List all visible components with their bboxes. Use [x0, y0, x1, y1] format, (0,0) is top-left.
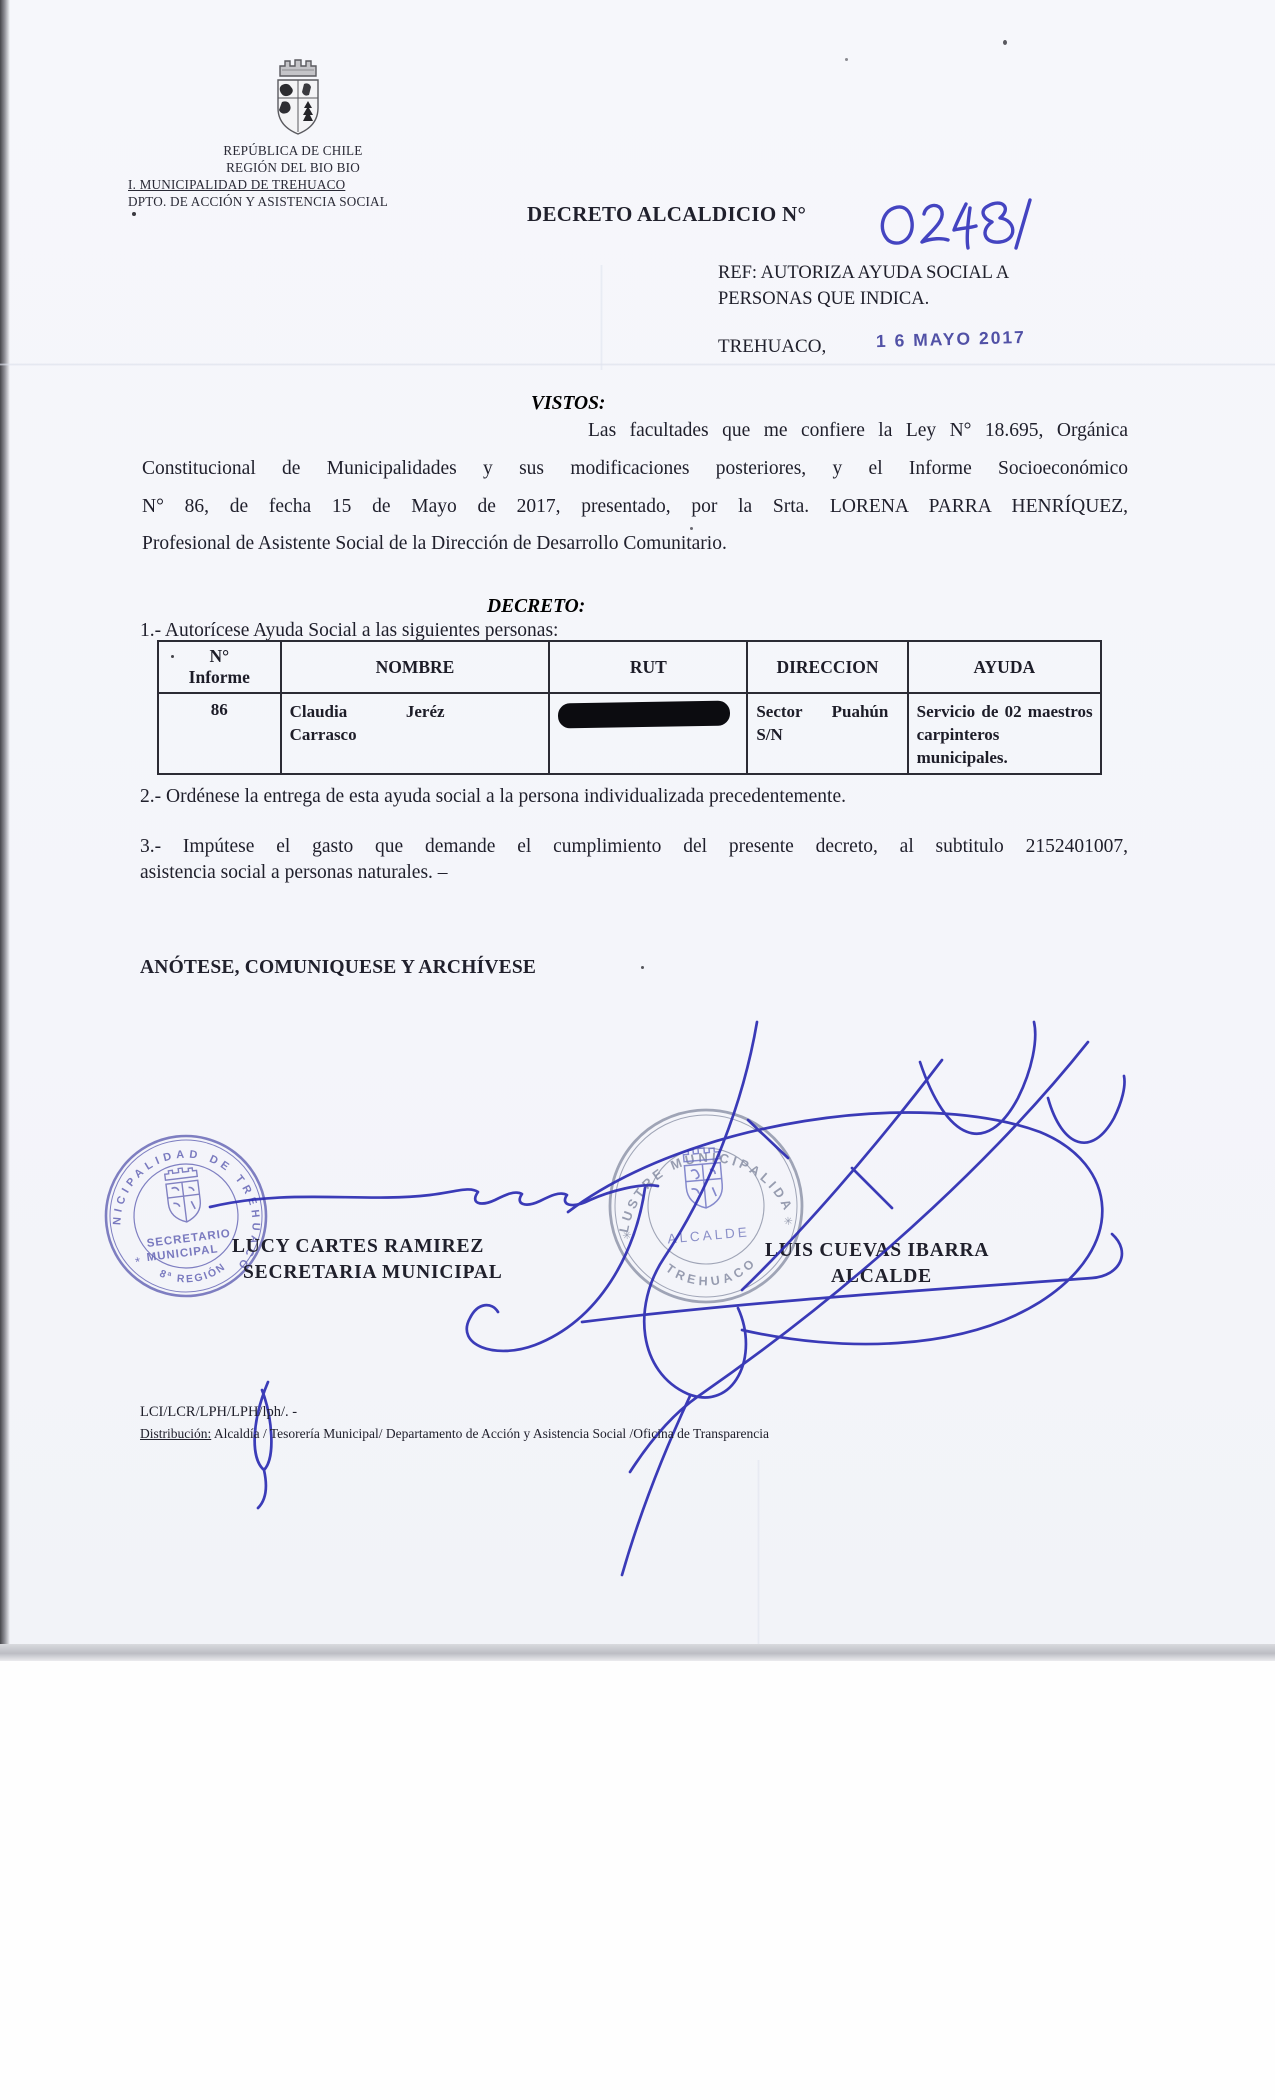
cell-ayuda: Servicio de 02 maestros carpinteros muni… [908, 693, 1101, 774]
reference-block: REF: AUTORIZA AYUDA SOCIAL A PERSONAS QU… [718, 260, 1009, 312]
scan-speck [690, 527, 693, 530]
aid-table: N° Informe NOMBRE RUT DIRECCION AYUDA 86… [157, 640, 1102, 775]
page-bottom-edge [0, 1644, 1275, 1661]
place-line: TREHUACO, [718, 336, 826, 358]
letterhead-department: DPTO. DE ACCIÓN Y ASISTENCIA SOCIAL [128, 193, 458, 210]
closing-formula: ANÓTESE, COMUNIQUESE Y ARCHÍVESE [140, 957, 536, 979]
handwritten-decree-number [872, 190, 1042, 254]
cell-rut [549, 693, 747, 774]
date-stamp: 1 6 MAYO 2017 [876, 327, 1026, 352]
header-nombre: NOMBRE [281, 641, 550, 693]
table-header-row: N° Informe NOMBRE RUT DIRECCION AYUDA [158, 641, 1101, 693]
scan-edge-shadow [0, 0, 10, 1646]
reference-line2: PERSONAS QUE INDICA. [718, 286, 1009, 312]
scan-speck [1003, 40, 1007, 45]
cell-informe: 86 [158, 693, 281, 774]
letterhead: REPÚBLICA DE CHILE REGIÓN DEL BIO BIO I.… [128, 142, 458, 210]
rut-redaction-bar [558, 701, 730, 729]
letterhead-country: REPÚBLICA DE CHILE [128, 142, 458, 159]
vistos-line4: Profesional de Asistente Social de la Di… [142, 533, 727, 555]
table-row: 86 Claudia Jeréz Carrasco Sector Puahún … [158, 693, 1101, 774]
header-informe: N° Informe [158, 641, 281, 693]
header-direccion: DIRECCION [747, 641, 907, 693]
scan-speck [641, 966, 644, 969]
decree-title: DECRETO ALCALDICIO N° [527, 202, 806, 227]
distribution-label: Distribución: [140, 1426, 211, 1441]
scan-speck [171, 655, 174, 658]
header-ayuda: AYUDA [908, 641, 1101, 693]
cell-direccion: Sector Puahún S/N [747, 693, 907, 774]
scanner-background [0, 1661, 1275, 2100]
vistos-line2: Constitucional de Municipalidades y sus … [142, 458, 1128, 480]
fold-line [600, 265, 603, 370]
vistos-heading: VISTOS: [531, 393, 605, 415]
decreto-item3-line1: 3.- Impútese el gasto que demande el cum… [140, 836, 1128, 858]
decreto-item3-line2: asistencia social a personas naturales. … [140, 862, 448, 884]
decreto-heading: DECRETO: [487, 596, 585, 618]
scan-speck [845, 58, 848, 61]
scanned-decree-page: REPÚBLICA DE CHILE REGIÓN DEL BIO BIO I.… [0, 0, 1275, 2100]
vistos-line3: N° 86, de fecha 15 de Mayo de 2017, pres… [142, 496, 1128, 518]
distribution-list: Alcaldía / Tesorería Municipal/ Departam… [211, 1426, 769, 1441]
fold-line [0, 363, 1275, 366]
pen-signatures [80, 980, 1200, 1600]
header-rut: RUT [549, 641, 747, 693]
coat-of-arms-icon [268, 54, 328, 140]
cell-nombre: Claudia Jeréz Carrasco [281, 693, 550, 774]
vistos-line1: Las facultades que me confiere la Ley N°… [588, 420, 1128, 442]
letterhead-region: REGIÓN DEL BIO BIO [128, 159, 458, 176]
footer-distribution: Distribución: Alcaldía / Tesorería Munic… [140, 1426, 769, 1442]
letterhead-municipality: I. MUNICIPALIDAD DE TREHUACO [128, 176, 458, 193]
reference-line1: REF: AUTORIZA AYUDA SOCIAL A [718, 260, 1009, 286]
footer-initials: LCI/LCR/LPH/LPH/lph/. - [140, 1404, 297, 1421]
scan-speck [132, 212, 136, 216]
decreto-item2: 2.- Ordénese la entrega de esta ayuda so… [140, 786, 846, 808]
decreto-item1: 1.- Autorícese Ayuda Social a las siguie… [140, 620, 558, 642]
